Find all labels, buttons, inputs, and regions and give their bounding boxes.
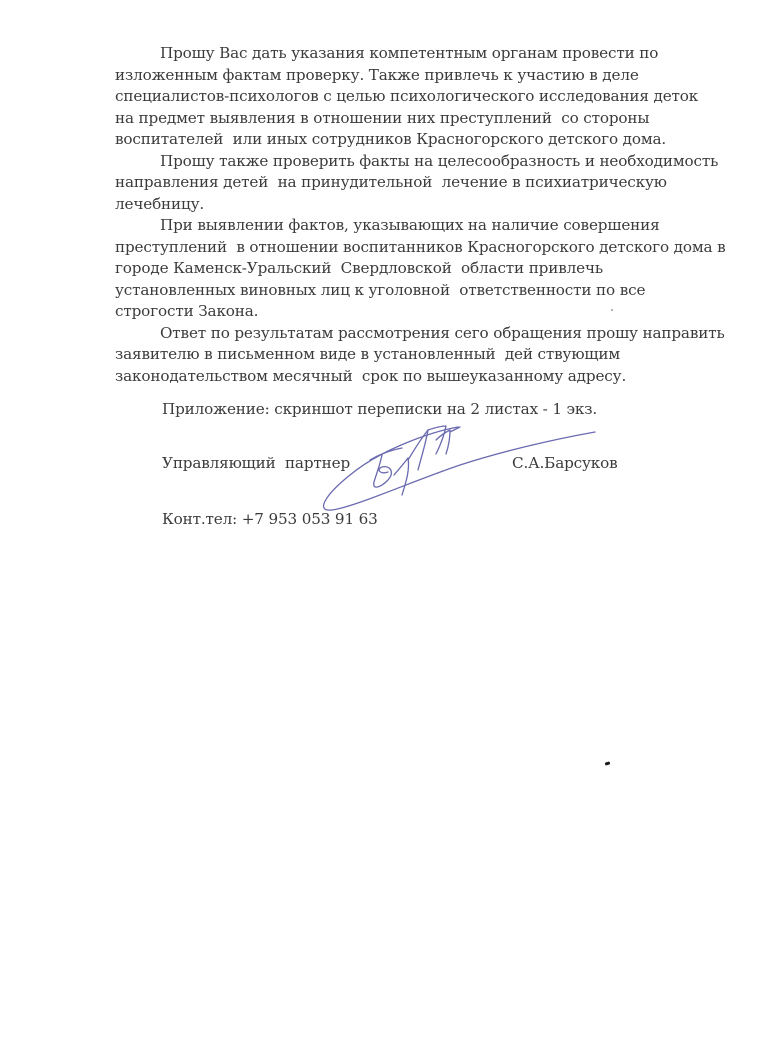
paragraph-3-line-3: городе Каменск-Уральский Свердловской об… — [115, 258, 603, 278]
scan-speck — [605, 761, 611, 765]
attachment-note: Приложение: скриншот переписки на 2 лист… — [162, 399, 597, 419]
paragraph-1-line-5: воспитателей или иных сотрудников Красно… — [115, 129, 666, 149]
document-page: Прошу Вас дать указания компетентным орг… — [0, 0, 760, 1047]
handwritten-signature-icon — [310, 420, 600, 520]
paragraph-2-line-3: лечебницу. — [115, 194, 204, 214]
paragraph-2-line-1: Прошу также проверить факты на целесообр… — [160, 151, 718, 171]
paragraph-1-line-4: на предмет выявления в отношении них пре… — [115, 108, 649, 128]
paragraph-1-line-2: изложенным фактам проверку. Также привле… — [115, 65, 639, 85]
paragraph-1-line-1: Прошу Вас дать указания компетентным орг… — [160, 43, 658, 63]
paragraph-3-line-5: строгости Закона. — [115, 301, 258, 321]
paragraph-4-line-1: Ответ по результатам рассмотрения сего о… — [160, 323, 725, 343]
paragraph-3-line-2: преступлений в отношении воспитанников К… — [115, 237, 725, 257]
paragraph-3-line-1: При выявлении фактов, указывающих на нал… — [160, 215, 660, 235]
paragraph-1-line-3: специалистов-психологов с целью психолог… — [115, 86, 698, 106]
stray-ink-dot — [611, 309, 613, 311]
paragraph-4-line-2: заявителю в письменном виде в установлен… — [115, 344, 620, 364]
paragraph-3-line-4: установленных виновных лиц к уголовной о… — [115, 280, 645, 300]
paragraph-4-line-3: законодательством месячный срок по вышеу… — [115, 366, 626, 386]
contact-phone: Конт.тел: +7 953 053 91 63 — [162, 509, 378, 529]
paragraph-2-line-2: направления детей на принудительной лече… — [115, 172, 667, 192]
